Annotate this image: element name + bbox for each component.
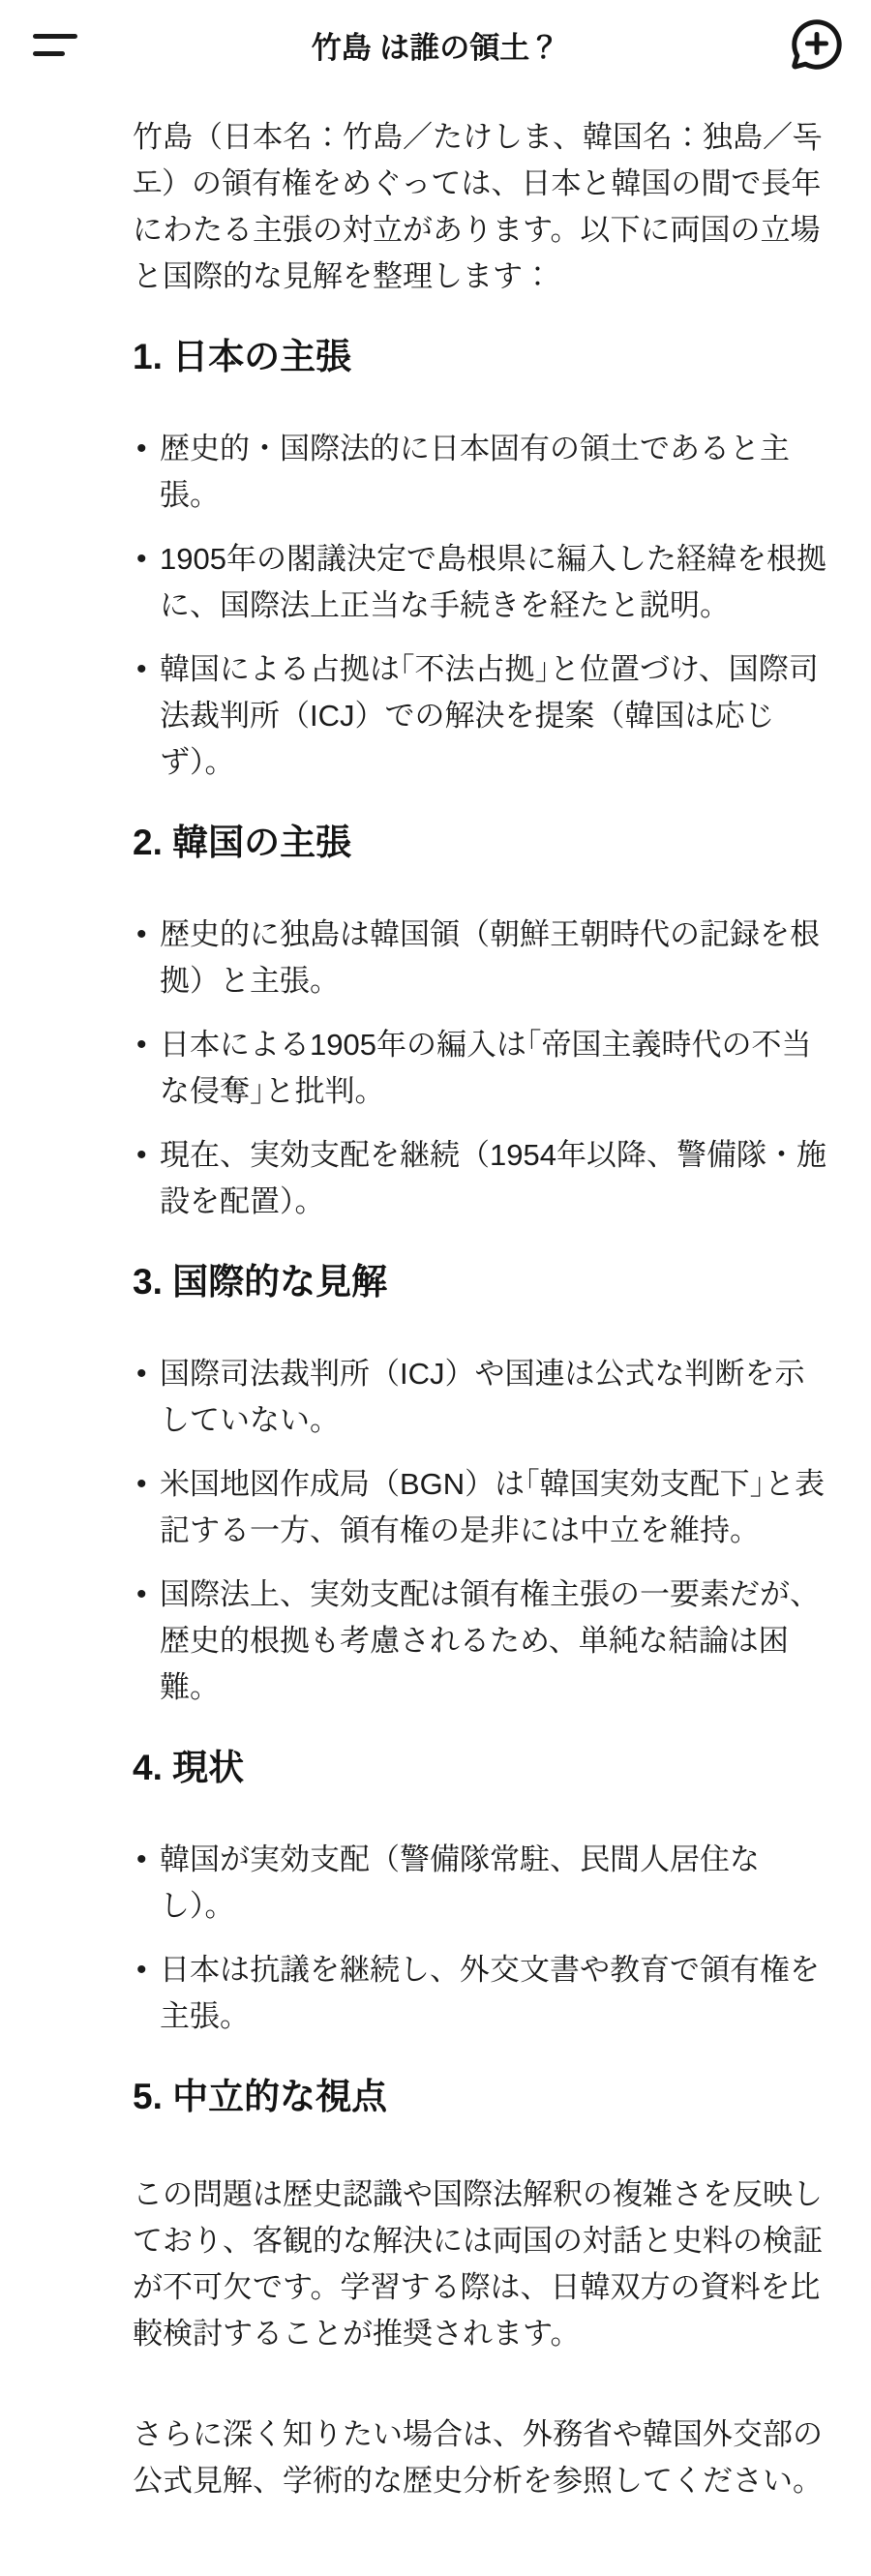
bullet-item: 歴史的・国際法的に日本固有の領土であると主張。: [133, 426, 832, 519]
bullet-item: 国際司法裁判所（ICJ）や国連は公式な判断を示していない。: [133, 1351, 832, 1444]
hamburger-icon: [33, 34, 77, 39]
section-heading: 5. 中立的な視点: [133, 2077, 832, 2117]
bullet-list: 歴史的に独島は韓国領（朝鮮王朝時代の記録を根拠）と主張。 日本による1905年の…: [133, 912, 832, 1225]
chat-screen: 竹島 は誰の領土？ 竹島（日本名：竹島／たけしま、韓国名：独島／독도）の領有権を…: [0, 0, 871, 2576]
bullet-item: 現在、実効支配を継続（1954年以降、警備隊・施設を配置）。: [133, 1132, 832, 1225]
section-heading: 2. 韓国の主張: [133, 823, 832, 863]
bullet-item: 1905年の閣議決定で島根県に編入した経緯を根拠に、国際法上正当な手続きを経たと…: [133, 536, 832, 629]
top-bar: 竹島 は誰の領土？: [0, 0, 871, 89]
section-international-view: 3. 国際的な見解 国際司法裁判所（ICJ）や国連は公式な判断を示していない。 …: [133, 1262, 832, 1711]
closing-paragraph: さらに深く知りたい場合は、外務省や韓国外交部の公式見解、学術的な歴史分析を参照し…: [133, 2411, 832, 2504]
chat-title: 竹島 は誰の領土？: [116, 23, 755, 67]
intro-paragraph: 竹島（日本名：竹島／たけしま、韓国名：独島／독도）の領有権をめぐっては、日本と韓…: [133, 114, 832, 300]
bullet-item: 日本による1905年の編入は｢帝国主義時代の不当な侵奪｣と批判。: [133, 1022, 832, 1115]
assistant-message: 竹島（日本名：竹島／たけしま、韓国名：独島／독도）の領有権をめぐっては、日本と韓…: [0, 89, 871, 2504]
closing-paragraph: この問題は歴史認識や国際法解釈の複雑さを反映しており、客観的な解決には両国の対話…: [133, 2172, 832, 2357]
bullet-item: 歴史的に独島は韓国領（朝鮮王朝時代の記録を根拠）と主張。: [133, 912, 832, 1004]
bullet-item: 韓国が実効支配（警備隊常駐、民間人居住なし）。: [133, 1837, 832, 1930]
section-heading: 1. 日本の主張: [133, 337, 832, 377]
new-chat-bubble-plus-icon: [787, 15, 847, 75]
hamburger-icon-bar: [33, 51, 65, 56]
bullet-item: 韓国による占拠は｢不法占拠｣と位置づけ、国際司法裁判所（ICJ）での解決を提案（…: [133, 646, 832, 786]
bullet-item: 米国地図作成局（BGN）は｢韓国実効支配下｣と表記する一方、領有権の是非には中立…: [133, 1461, 832, 1554]
bullet-item: 日本は抗議を継続し、外交文書や教育で領有権を主張。: [133, 1947, 832, 2040]
menu-button[interactable]: [33, 30, 77, 60]
section-heading: 3. 国際的な見解: [133, 1262, 832, 1303]
section-heading: 4. 現状: [133, 1748, 832, 1788]
bullet-list: 韓国が実効支配（警備隊常駐、民間人居住なし）。 日本は抗議を継続し、外交文書や教…: [133, 1837, 832, 2040]
section-korea-claim: 2. 韓国の主張 歴史的に独島は韓国領（朝鮮王朝時代の記録を根拠）と主張。 日本…: [133, 823, 832, 1225]
section-neutral-perspective: 5. 中立的な視点 この問題は歴史認識や国際法解釈の複雑さを反映しており、客観的…: [133, 2077, 832, 2504]
section-japan-claim: 1. 日本の主張 歴史的・国際法的に日本固有の領土であると主張。 1905年の閣…: [133, 337, 832, 786]
section-current-status: 4. 現状 韓国が実効支配（警備隊常駐、民間人居住なし）。 日本は抗議を継続し、…: [133, 1748, 832, 2040]
bullet-list: 国際司法裁判所（ICJ）や国連は公式な判断を示していない。 米国地図作成局（BG…: [133, 1351, 832, 1711]
bullet-list: 歴史的・国際法的に日本固有の領土であると主張。 1905年の閣議決定で島根県に編…: [133, 426, 832, 786]
bullet-item: 国際法上、実効支配は領有権主張の一要素だが、歴史的根拠も考慮されるため、単純な結…: [133, 1572, 832, 1711]
new-chat-button[interactable]: [786, 12, 848, 77]
